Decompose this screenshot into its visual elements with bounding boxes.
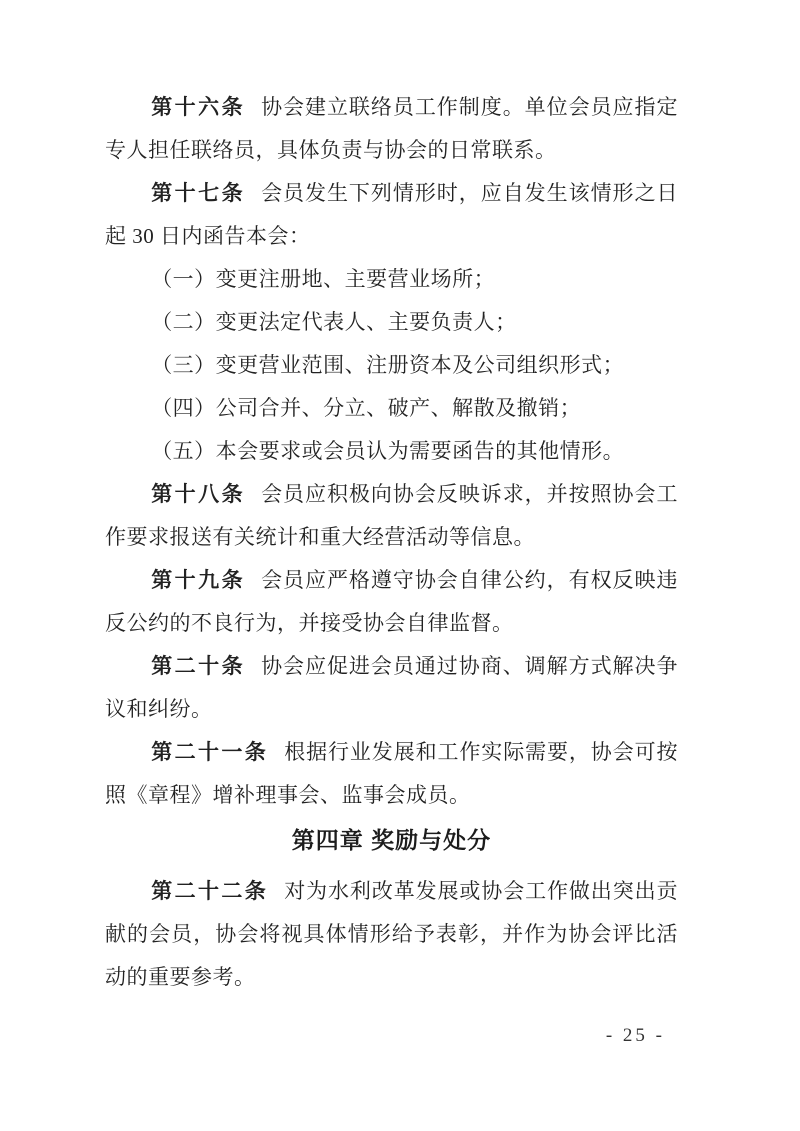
list-item-4-text: （四）公司合并、分立、破产、解散及撤销； — [151, 396, 581, 420]
list-item-5-text: （五）本会要求或会员认为需要函告的其他情形。 — [151, 439, 624, 463]
paragraph-article-19: 第十九条会员应严格遵守协会自律公约，有权反映违反公约的不良行为，并接受协会自律监… — [105, 559, 678, 645]
paragraph-article-16: 第十六条协会建立联络员工作制度。单位会员应指定专人担任联络员，具体负责与协会的日… — [105, 86, 678, 172]
article-21-number: 第二十一条 — [151, 740, 268, 764]
article-20-number: 第二十条 — [151, 654, 245, 678]
list-item-2-text: （二）变更法定代表人、主要负责人； — [151, 310, 517, 334]
list-item-1: （一）变更注册地、主要营业场所； — [105, 258, 678, 301]
article-22-number: 第二十二条 — [151, 879, 268, 903]
list-item-2: （二）变更法定代表人、主要负责人； — [105, 301, 678, 344]
list-item-5: （五）本会要求或会员认为需要函告的其他情形。 — [105, 430, 678, 473]
list-item-4: （四）公司合并、分立、破产、解散及撤销； — [105, 387, 678, 430]
article-19-number: 第十九条 — [151, 568, 245, 592]
paragraph-article-20: 第二十条协会应促进会员通过协商、调解方式解决争议和纠纷。 — [105, 645, 678, 731]
article-16-number: 第十六条 — [151, 95, 245, 119]
list-item-3: （三）变更营业范围、注册资本及公司组织形式； — [105, 344, 678, 387]
paragraph-article-18: 第十八条会员应积极向协会反映诉求，并按照协会工作要求报送有关统计和重大经营活动等… — [105, 473, 678, 559]
article-18-number: 第十八条 — [151, 482, 245, 506]
page-number: - 25 - — [0, 1024, 665, 1048]
chapter-heading: 第四章 奖励与处分 — [105, 819, 678, 862]
list-item-3-text: （三）变更营业范围、注册资本及公司组织形式； — [151, 353, 624, 377]
paragraph-article-21: 第二十一条根据行业发展和工作实际需要，协会可按照《章程》增补理事会、监事会成员。 — [105, 731, 678, 817]
document-body: 第十六条协会建立联络员工作制度。单位会员应指定专人担任联络员，具体负责与协会的日… — [105, 86, 678, 999]
article-17-number: 第十七条 — [151, 181, 245, 205]
paragraph-article-17: 第十七条会员发生下列情形时，应自发生该情形之日起 30 日内函告本会： — [105, 172, 678, 258]
paragraph-article-22: 第二十二条对为水利改革发展或协会工作做出突出贡献的会员，协会将视具体情形给予表彰… — [105, 870, 678, 999]
list-item-1-text: （一）变更注册地、主要营业场所； — [151, 267, 495, 291]
document-page: 第十六条协会建立联络员工作制度。单位会员应指定专人担任联络员，具体负责与协会的日… — [0, 0, 800, 1131]
